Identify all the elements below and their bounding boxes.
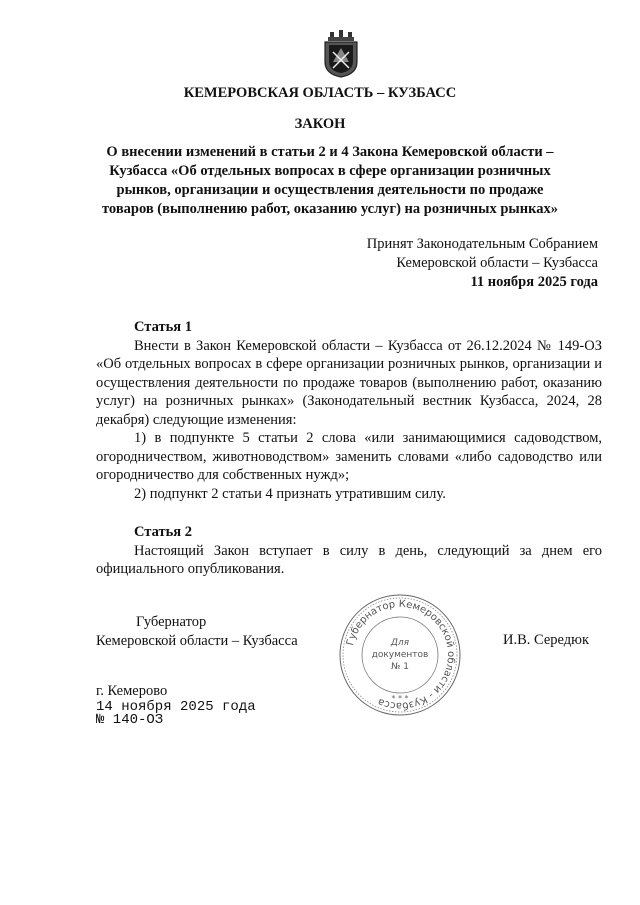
region-heading: КЕМЕРОВСКАЯ ОБЛАСТЬ – КУЗБАСС bbox=[0, 85, 640, 102]
article-text: Внести в Закон Кемеровской области – Куз… bbox=[96, 337, 602, 430]
stamp-center-line1: Для bbox=[390, 638, 410, 648]
article-text: Настоящий Закон вступает в силу в день, … bbox=[96, 542, 602, 579]
adoption-line1: Принят Законодательным Собранием bbox=[298, 235, 598, 254]
adoption-date: 11 ноября 2025 года bbox=[298, 273, 598, 292]
position-line1: Губернатор bbox=[96, 613, 298, 632]
city: г. Кемерово bbox=[96, 683, 167, 700]
article-item: 2) подпункт 2 статьи 4 признать утративш… bbox=[96, 485, 602, 504]
article-heading: Статья 1 bbox=[134, 318, 602, 337]
article-item: 1) в подпункте 5 статьи 2 слова «или зан… bbox=[96, 429, 602, 485]
stamp-stars: * * * bbox=[391, 694, 408, 703]
adoption-block: Принят Законодательным Собранием Кемеров… bbox=[298, 235, 598, 292]
article-1: Статья 1 Внести в Закон Кемеровской обла… bbox=[96, 318, 602, 503]
article-2: Статья 2 Настоящий Закон вступает в силу… bbox=[96, 523, 602, 579]
article-heading: Статья 2 bbox=[134, 523, 602, 542]
signer-name: И.В. Середюк bbox=[503, 632, 589, 649]
adoption-line2: Кемеровской области – Кузбасса bbox=[298, 254, 598, 273]
document-type: ЗАКОН bbox=[0, 116, 640, 133]
law-number: № 140-ОЗ bbox=[96, 714, 163, 727]
position-line2: Кемеровской области – Кузбасса bbox=[96, 632, 298, 651]
law-title: О внесении изменений в статьи 2 и 4 Зако… bbox=[100, 143, 560, 219]
governor-position: Губернатор Кемеровской области – Кузбасс… bbox=[96, 613, 298, 651]
official-stamp: Губернатор Кемеровской области - Кузбасс… bbox=[338, 593, 462, 717]
stamp-center-line2: документов bbox=[372, 650, 429, 660]
coat-of-arms-icon bbox=[322, 30, 360, 78]
stamp-center-line3: № 1 bbox=[391, 662, 409, 672]
